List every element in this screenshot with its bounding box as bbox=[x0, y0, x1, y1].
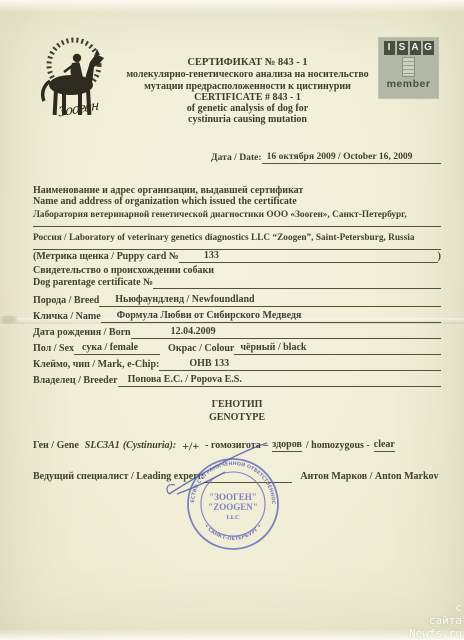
gene-name: SLC3A1 bbox=[85, 440, 120, 452]
puppy-card-value: 133 bbox=[179, 250, 438, 263]
name-row: Кличка / Name Формула Любви от Сибирског… bbox=[33, 309, 441, 323]
isag-letter-i: I bbox=[384, 41, 395, 55]
name-value: Формула Любви от Сибирского Медведя bbox=[101, 310, 441, 323]
chip-label: Клеймо, чип / Mark, e-Chip: bbox=[33, 359, 159, 371]
parentage-label-ru: Свидетельство о происхождении собаки bbox=[33, 265, 441, 276]
isag-member-label: member bbox=[379, 78, 438, 90]
gene-seg-en: / homozygous - bbox=[306, 440, 370, 452]
stamp-center-en: "ZOOGEN" bbox=[208, 502, 258, 512]
isag-emblem-icon bbox=[402, 57, 415, 77]
breed-label: Порода / Breed bbox=[33, 295, 99, 307]
gene-result-ru: здоров bbox=[272, 439, 302, 452]
stamp-center-llc: LLC bbox=[226, 514, 240, 521]
expert-row: Ведущий специалист / Leading expert: Ант… bbox=[33, 469, 441, 483]
expert-name: Антон Марков / Anton Markov bbox=[300, 471, 438, 483]
puppy-card-label: (Метрика щенка / Puppy card № bbox=[33, 251, 179, 263]
expert-signature-line bbox=[204, 481, 292, 483]
title-en-line3: cystinuria causing mutation bbox=[90, 114, 405, 125]
paper-bottom-edge bbox=[0, 629, 464, 640]
genotype-title-en: GENOTYPE bbox=[33, 412, 441, 423]
parentage-label-en: Dog parentage certificate № bbox=[33, 277, 153, 289]
breeder-value: Попова Е.С. / Popova E.S. bbox=[118, 374, 441, 387]
paper-top-edge bbox=[0, 0, 464, 13]
svg-text:• САНКТ-ПЕТЕРБУРГ •: • САНКТ-ПЕТЕРБУРГ • bbox=[203, 523, 264, 542]
sex-colour-row: Пол / Sex сука / female Окрас / Colour ч… bbox=[33, 341, 441, 355]
isag-letter-g: G bbox=[423, 41, 434, 55]
chip-value: ОНВ 133 bbox=[159, 358, 441, 371]
title-en-line2: of genetic analysis of dog for bbox=[90, 103, 405, 114]
org-value-line2: Россия / Laboratory of veterinary geneti… bbox=[33, 233, 441, 250]
org-label-ru: Наименование и адрес организации, выдавш… bbox=[33, 185, 441, 196]
isag-letter-s: S bbox=[397, 41, 408, 55]
fold-crease-left bbox=[0, 316, 17, 323]
born-row: Дата рождения / Born 12.04.2009 bbox=[33, 325, 441, 339]
org-value-line1: Лаборатория ветеринарной генетической ди… bbox=[33, 210, 441, 227]
breeder-row: Владелец / Breeder Попова Е.С. / Popova … bbox=[33, 373, 441, 387]
name-label: Кличка / Name bbox=[33, 311, 101, 323]
puppy-card-close-paren: ) bbox=[438, 251, 441, 263]
certificate-photo: Зооген СЕРТИФИКАТ № 843 - 1 молекулярно-… bbox=[0, 0, 464, 640]
colour-value: чёрный / black bbox=[234, 342, 441, 355]
date-label: Дата / Date: bbox=[211, 152, 262, 164]
stamp-ring-bottom-text: • САНКТ-ПЕТЕРБУРГ • bbox=[203, 523, 264, 542]
company-stamp: ОБЩЕСТВО С ОГРАНИЧЕННОЙ ОТВЕТСТВЕННОСТЬЮ… bbox=[165, 440, 305, 565]
gene-result-en: clear bbox=[374, 439, 395, 452]
isag-member-badge: I S A G member bbox=[379, 38, 438, 98]
chip-row: Клеймо, чип / Mark, e-Chip: ОНВ 133 bbox=[33, 357, 441, 371]
gene-result-row: Ген / Gene SLC3A1 (Cystinuria): +/+ - го… bbox=[33, 437, 441, 452]
isag-letters: I S A G bbox=[379, 41, 438, 55]
gene-label: Ген / Gene bbox=[33, 440, 79, 452]
certificate-title-block: СЕРТИФИКАТ № 843 - 1 молекулярно-генетич… bbox=[90, 57, 405, 125]
expert-label: Ведущий специалист / Leading expert: bbox=[33, 471, 204, 483]
date-row: Дата / Date: 16 октября 2009 / October 1… bbox=[211, 150, 441, 164]
stamp-center-ru: "ЗООГЕН" bbox=[209, 492, 256, 502]
title-en-number: CERTIFICATE # 843 - 1 bbox=[90, 92, 405, 103]
colour-label: Окрас / Colour bbox=[168, 343, 234, 355]
watermark-line1: с bbox=[409, 601, 462, 614]
parentage-value bbox=[153, 287, 441, 289]
parentage-row: Dog parentage certificate № bbox=[33, 276, 441, 289]
breed-row: Порода / Breed Ньюфаундленд / Newfoundla… bbox=[33, 293, 441, 307]
sex-label: Пол / Sex bbox=[33, 343, 74, 355]
genotype-title-ru: ГЕНОТИП bbox=[33, 399, 441, 410]
stamp-icon: ОБЩЕСТВО С ОГРАНИЧЕННОЙ ОТВЕТСТВЕННОСТЬЮ… bbox=[165, 440, 305, 565]
sex-value: сука / female bbox=[74, 342, 160, 355]
gene-allele: +/+ bbox=[182, 441, 199, 452]
breeder-label: Владелец / Breeder bbox=[33, 375, 118, 387]
watermark-line3: Newfs.ru bbox=[409, 627, 462, 640]
org-label-en: Name and address of organization which i… bbox=[33, 196, 441, 207]
title-ru-number: СЕРТИФИКАТ № 843 - 1 bbox=[90, 57, 405, 69]
isag-letter-a: A bbox=[410, 41, 421, 55]
title-ru-line2: молекулярно-генетического анализа на нос… bbox=[90, 69, 405, 81]
date-value: 16 октября 2009 / October 16, 2009 bbox=[262, 151, 441, 164]
watermark-line2: сайта bbox=[409, 614, 462, 627]
born-label: Дата рождения / Born bbox=[33, 327, 131, 339]
born-value: 12.04.2009 bbox=[131, 326, 441, 339]
site-watermark: с сайта Newfs.ru bbox=[409, 601, 462, 640]
title-ru-line3: мутации предрасположенности к цистинурии bbox=[90, 81, 405, 93]
puppy-card-row: (Метрика щенка / Puppy card № 133 ) bbox=[33, 250, 441, 263]
gene-condition: (Cystinuria): bbox=[123, 440, 176, 452]
gene-seg-ru: - гомозигота – bbox=[205, 440, 268, 452]
breed-value: Ньюфаундленд / Newfoundland bbox=[99, 294, 441, 307]
